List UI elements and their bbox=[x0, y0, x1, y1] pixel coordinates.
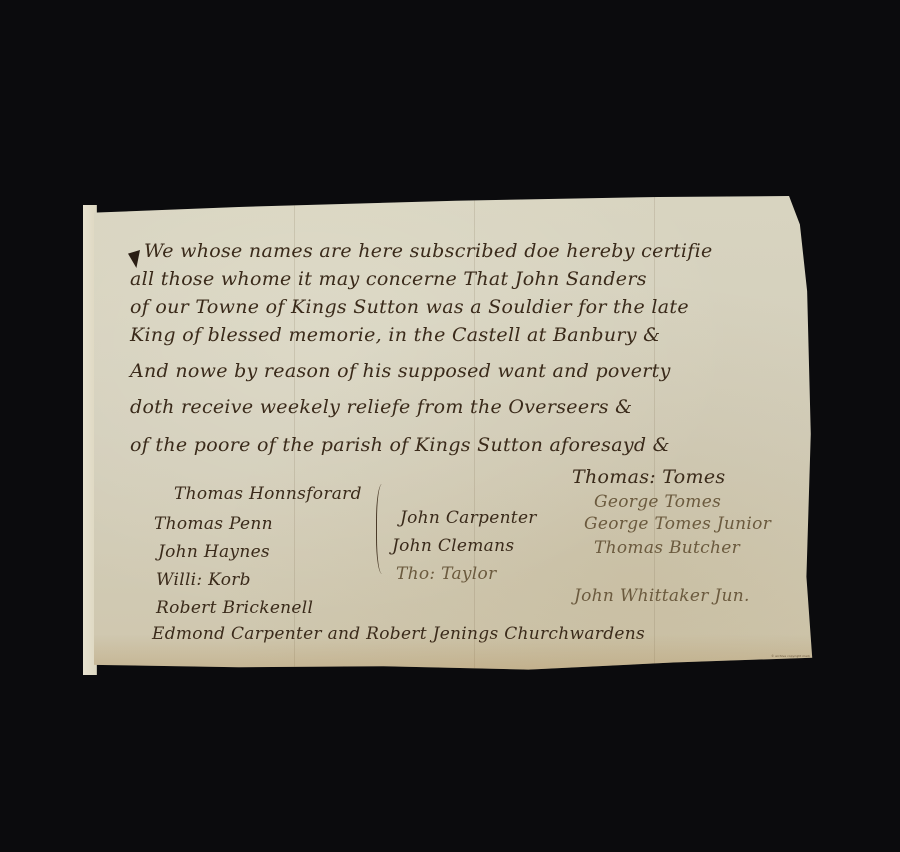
signature: John Carpenter bbox=[400, 508, 537, 528]
signature: Robert Brickenell bbox=[156, 598, 313, 618]
signature: George Tomes Junior bbox=[584, 514, 771, 534]
signature: Thomas Honnsforard bbox=[174, 484, 362, 504]
archive-copyright-mark: © archive copyright mark bbox=[771, 654, 810, 658]
body-line-1: We whose names are here subscribed doe h… bbox=[144, 240, 713, 262]
body-line-7: of the poore of the parish of Kings Sutt… bbox=[130, 434, 670, 456]
signature: Thomas Penn bbox=[154, 514, 273, 534]
body-line-6: doth receive weekely reliefe from the Ov… bbox=[130, 396, 632, 418]
signature: Thomas Butcher bbox=[594, 538, 740, 558]
signature: Willi: Korb bbox=[156, 570, 251, 590]
closing-line: Edmond Carpenter and Robert Jenings Chur… bbox=[152, 624, 645, 644]
brace-mark bbox=[376, 484, 391, 574]
signature: John Whittaker Jun. bbox=[574, 586, 750, 606]
signature: Tho: Taylor bbox=[396, 564, 497, 584]
body-line-4: King of blessed memorie, in the Castell … bbox=[130, 324, 660, 346]
signature: George Tomes bbox=[594, 492, 721, 512]
body-line-5: And nowe by reason of his supposed want … bbox=[130, 360, 671, 382]
manuscript-document: We whose names are here subscribed doe h… bbox=[94, 196, 818, 672]
body-line-2: all those whome it may concerne That Joh… bbox=[130, 268, 647, 290]
image-viewer-canvas: We whose names are here subscribed doe h… bbox=[0, 0, 900, 852]
signature: John Haynes bbox=[158, 542, 270, 562]
body-line-3: of our Towne of Kings Sutton was a Sould… bbox=[130, 296, 689, 318]
ink-blot-icon bbox=[128, 250, 140, 268]
signature: John Clemans bbox=[392, 536, 514, 556]
signature: Thomas: Tomes bbox=[572, 466, 725, 488]
